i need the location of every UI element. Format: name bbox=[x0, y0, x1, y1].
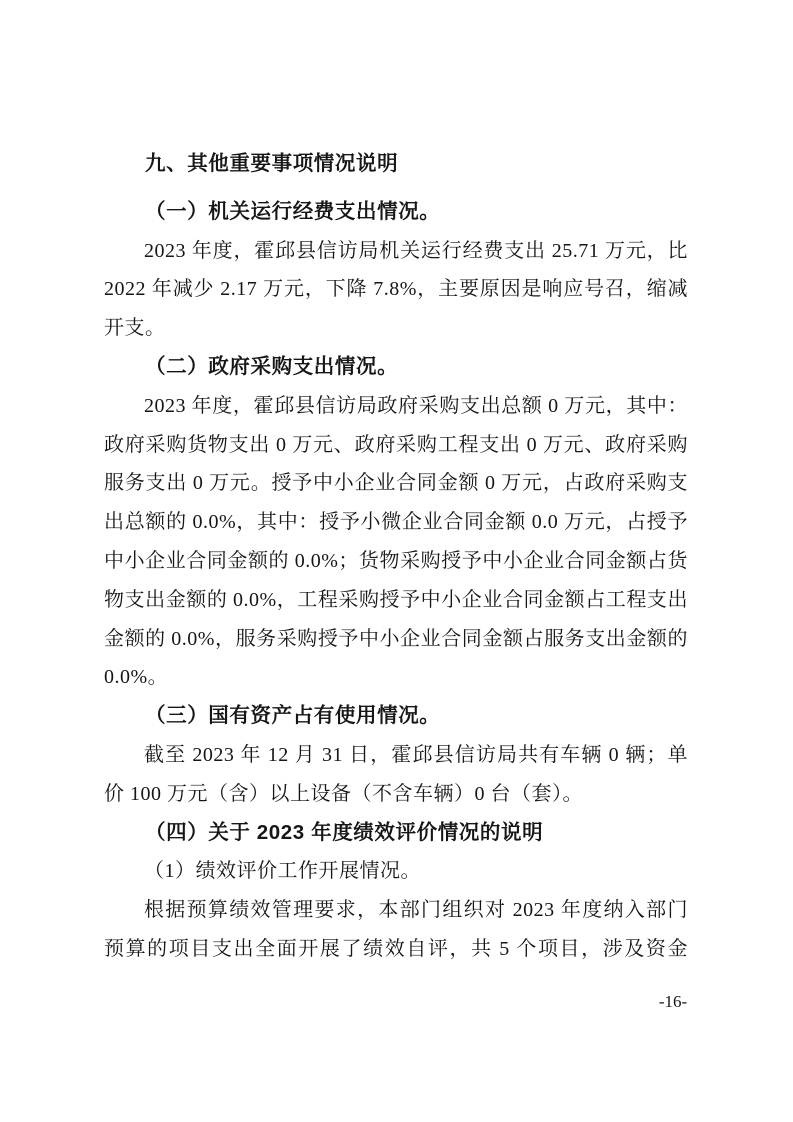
text-line: 2023 年度，霍邱县信访局机关运行经费支出 25.71 万元，比 bbox=[104, 232, 688, 271]
text-line: 2023 年度，霍邱县信访局政府采购支出总额 0 万元，其中： bbox=[104, 387, 688, 426]
text-line: 服务支出 0 万元。授予中小企业合同金额 0 万元，占政府采购支 bbox=[104, 464, 688, 503]
text-line: 金额的 0.0%，服务采购授予中小企业合同金额占服务支出金额的 bbox=[104, 620, 688, 659]
text-line: 出总额的 0.0%，其中：授予小微企业合同金额 0.0 万元，占授予 bbox=[104, 503, 688, 542]
text-line: 物支出金额的 0.0%，工程采购授予中小企业合同金额占工程支出 bbox=[104, 581, 688, 620]
text-line: 2022 年减少 2.17 万元，下降 7.8%，主要原因是响应号召，缩减 bbox=[104, 270, 688, 309]
text-line: 截至 2023 年 12 月 31 日，霍邱县信访局共有车辆 0 辆；单 bbox=[104, 736, 688, 775]
section-heading: （一）机关运行经费支出情况。 bbox=[104, 193, 688, 232]
document-page: 九、其他重要事项情况说明（一）机关运行经费支出情况。2023 年度，霍邱县信访局… bbox=[0, 0, 793, 1122]
text-line: 预算的项目支出全面开展了绩效自评，共 5 个项目，涉及资金 bbox=[104, 930, 688, 969]
document-body: 九、其他重要事项情况说明（一）机关运行经费支出情况。2023 年度，霍邱县信访局… bbox=[104, 145, 688, 969]
text-line: 价 100 万元（含）以上设备（不含车辆）0 台（套）。 bbox=[104, 775, 688, 814]
section-heading: （四）关于 2023 年度绩效评价情况的说明 bbox=[104, 814, 688, 853]
section-heading: 九、其他重要事项情况说明 bbox=[104, 145, 688, 184]
text-line: 0.0%。 bbox=[104, 658, 688, 697]
text-line: （1）绩效评价工作开展情况。 bbox=[104, 852, 688, 891]
page-number: -16- bbox=[648, 992, 698, 1012]
section-heading: （三）国有资产占有使用情况。 bbox=[104, 697, 688, 736]
text-line: 根据预算绩效管理要求，本部门组织对 2023 年度纳入部门 bbox=[104, 891, 688, 930]
text-line: 开支。 bbox=[104, 309, 688, 348]
section-heading: （二）政府采购支出情况。 bbox=[104, 348, 688, 387]
text-line: 政府采购货物支出 0 万元、政府采购工程支出 0 万元、政府采购 bbox=[104, 426, 688, 465]
text-line: 中小企业合同金额的 0.0%；货物采购授予中小企业合同金额占货 bbox=[104, 542, 688, 581]
